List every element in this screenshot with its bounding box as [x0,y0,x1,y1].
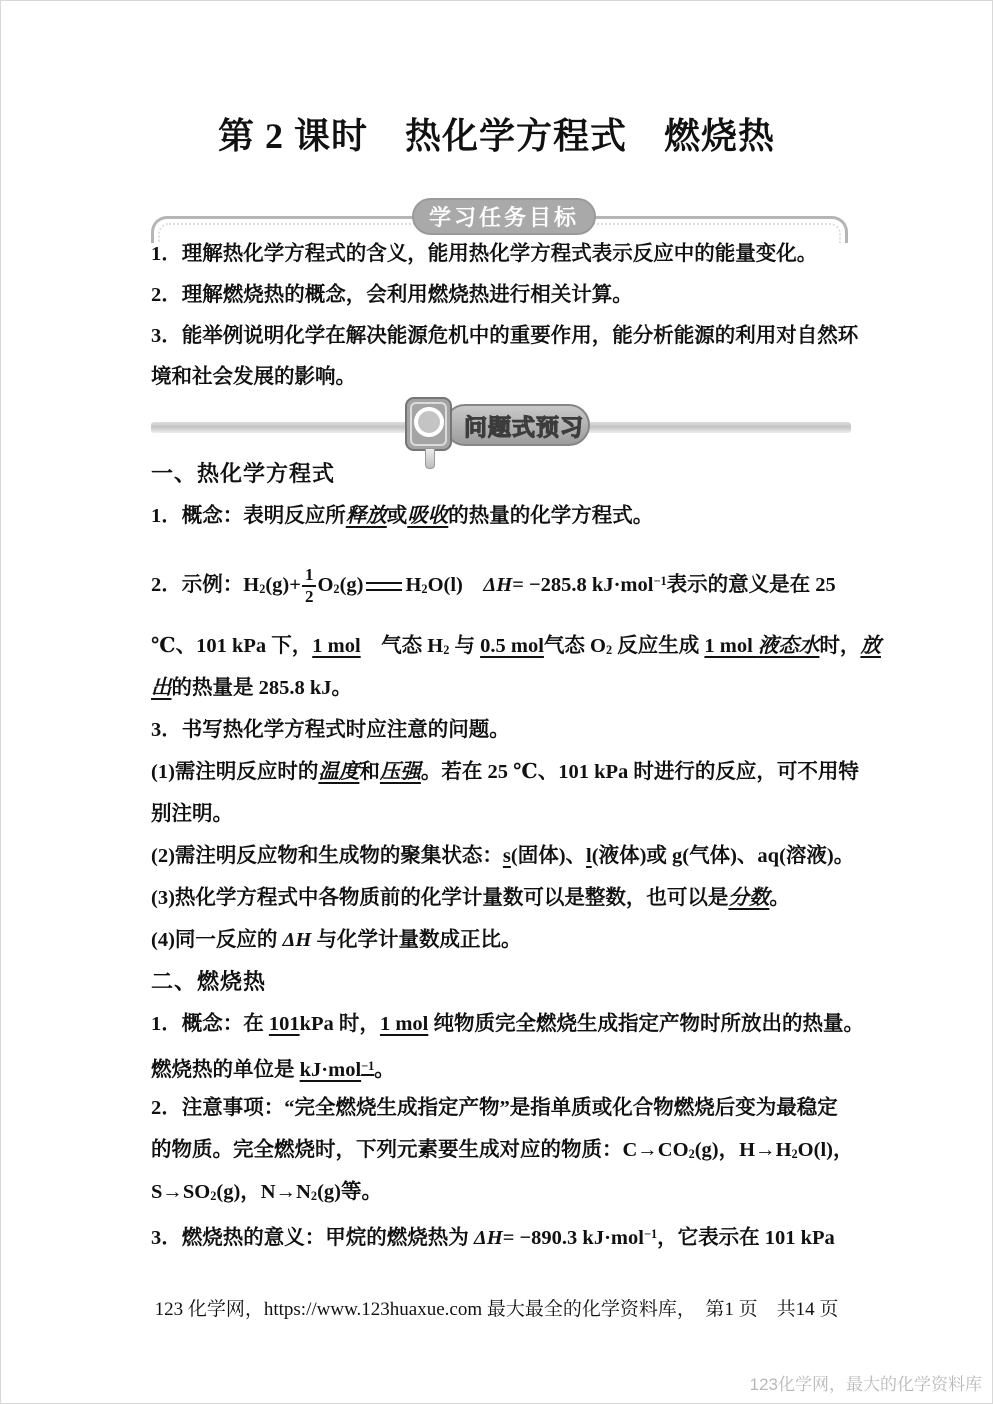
double-bond-equals [366,582,402,591]
content-line: 3．燃烧热的意义：甲烷的燃烧热为 ΔH= −890.3 kJ·mol−1，它表示… [151,1213,863,1255]
document-page: 第 2 课时 热化学方程式 燃烧热 学习任务目标 1．理解热化学方程式的含义，能… [0,0,993,1404]
content-line: 的物质。完全燃烧时，下列元素要生成对应的物质：C→CO2(g)，H→H2O(l)… [151,1129,863,1171]
content-line: (3)热化学方程式中各物质前的化学计量数可以是整数，也可以是分数。 [151,877,863,919]
content-line: (2)需注明反应物和生成物的聚集状态：s(固体)、l(液体)或 g(气体)、aq… [151,835,863,877]
objective-line: 境和社会发展的影响。 [151,357,863,398]
content-line: 燃烧热的单位是 kJ·mol−1。 [151,1045,863,1087]
objectives-banner: 学习任务目标 [412,198,596,235]
page-title: 第 2 课时 热化学方程式 燃烧热 [1,113,992,159]
content-line: (1)需注明反应时的温度和压强。若在 25 ℃、101 kPa 时进行的反应，可… [151,751,863,793]
content-line: 别注明。 [151,793,863,835]
magnifier-handle [425,448,435,469]
fraction: 12 [302,566,317,607]
watermark-text: 123化学网，最大的化学资料库 [750,1370,982,1395]
content-line: ℃、101 kPa 下，1 mol 气态 H2 与 0.5 mol气态 O2 反… [151,625,863,667]
content-line: 出的热量是 285.8 kJ。 [151,667,863,709]
content-line: 1．概念：表明反应所释放或吸收的热量的化学方程式。 [151,495,863,537]
content-line: 3．书写热化学方程式时应注意的问题。 [151,709,863,751]
objective-line: 1．理解热化学方程式的含义，能用热化学方程式表示反应中的能量变化。 [151,234,863,275]
content-line: 2．示例：H2(g)+12O2(g)H2O(l) ΔH= −285.8 kJ·m… [151,537,863,625]
content-line: S→SO2(g)，N→N2(g)等。 [151,1171,863,1213]
content-line: 2．注意事项：“完全燃烧生成指定产物”是指单质或化合物燃烧后变为最稳定 [151,1087,863,1129]
content: 一、热化学方程式1．概念：表明反应所释放或吸收的热量的化学方程式。2．示例：H2… [151,453,863,1255]
magnifier-icon [405,397,452,451]
objectives-list: 1．理解热化学方程式的含义，能用热化学方程式表示反应中的能量变化。2．理解燃烧热… [151,234,863,398]
content-line: (4)同一反应的 ΔH 与化学计量数成正比。 [151,919,863,961]
section-heading: 二、燃烧热 [151,961,863,1003]
preview-banner: 问题式预习 [444,404,590,446]
objective-line: 3．能举例说明化学在解决能源危机中的重要作用，能分析能源的利用对自然环 [151,316,863,357]
objective-line: 2．理解燃烧热的概念，会利用燃烧热进行相关计算。 [151,275,863,316]
magnifier-lens [414,407,444,437]
section-heading: 一、热化学方程式 [151,453,863,495]
content-line: 1．概念：在 101kPa 时，1 mol 纯物质完全燃烧生成指定产物时所放出的… [151,1003,863,1045]
footer-text: 123 化学网，https://www.123huaxue.com 最大最全的化… [1,1298,992,1322]
